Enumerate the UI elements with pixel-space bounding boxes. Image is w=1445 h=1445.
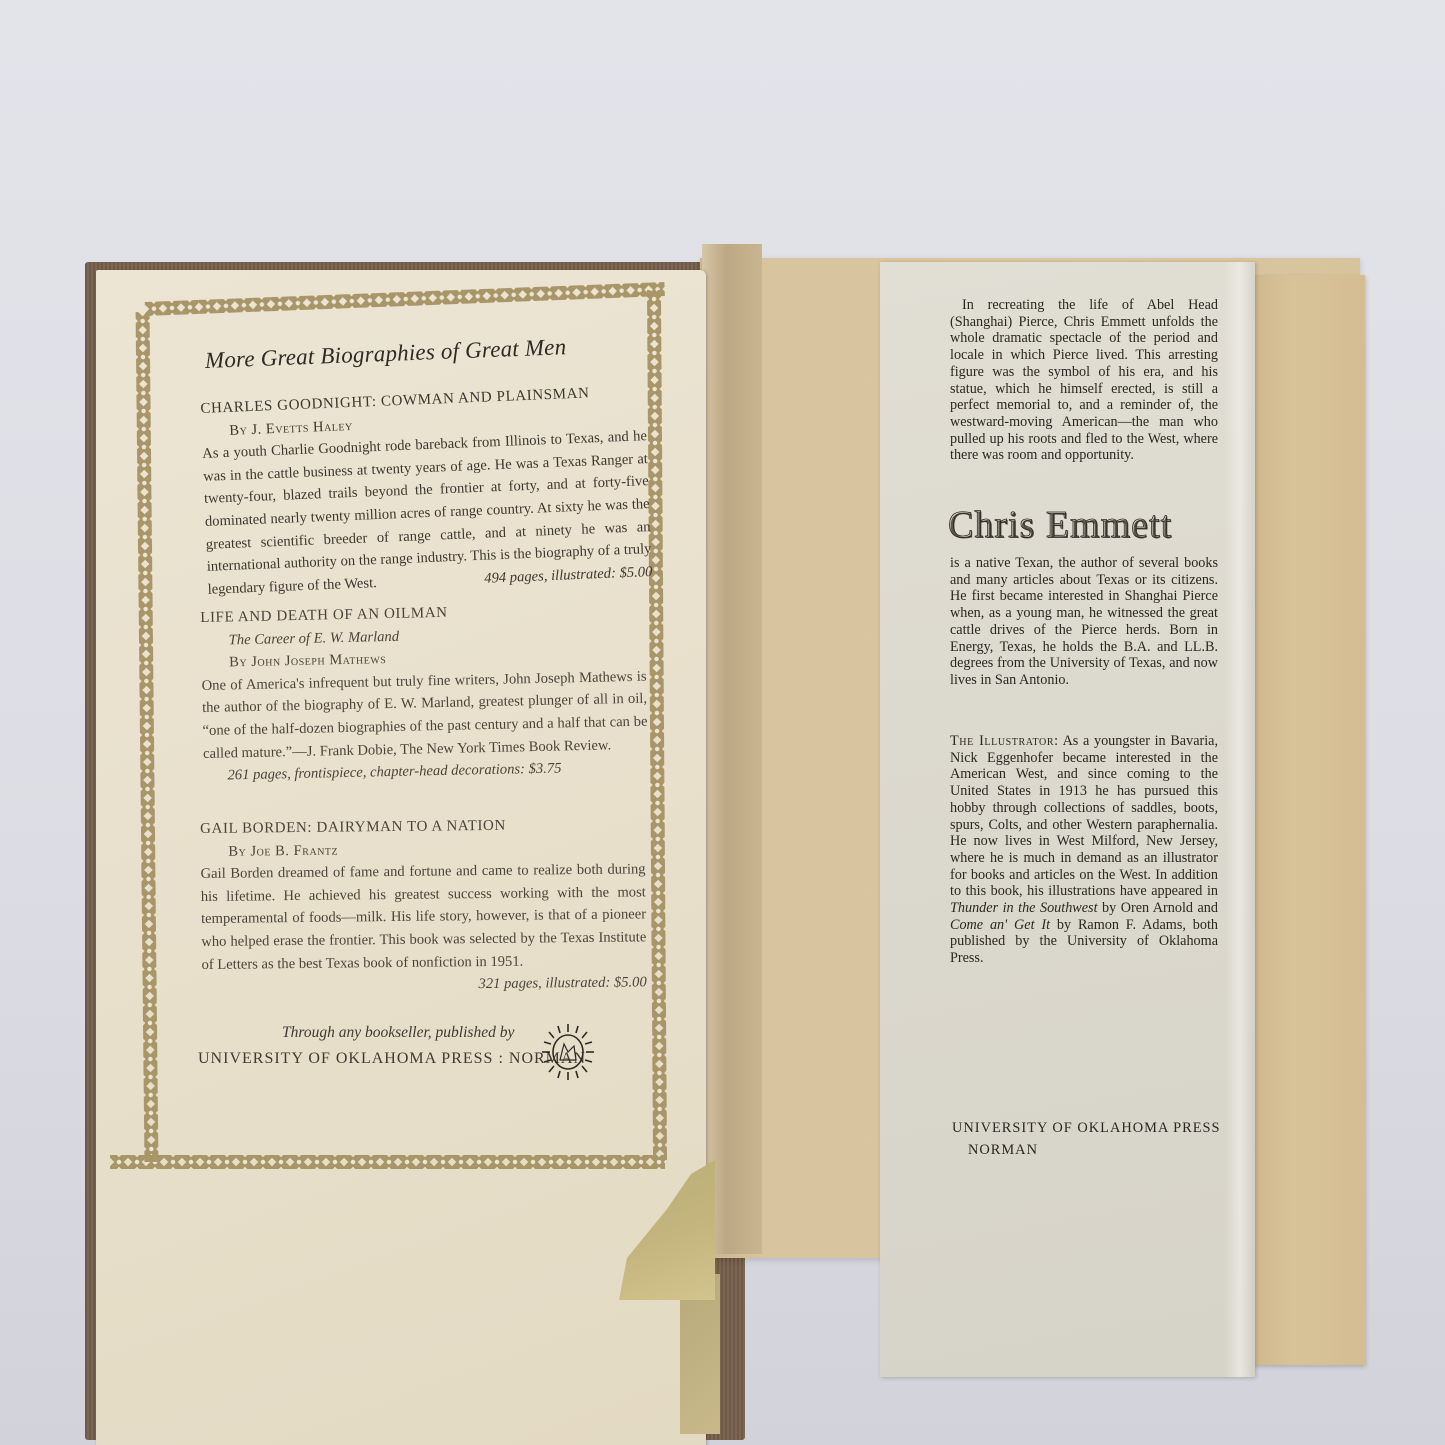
- author-name: Chris Emmett: [948, 503, 1172, 547]
- press-city: NORMAN: [968, 1142, 1038, 1159]
- book-synopsis: In recreating the life of Abel Head (Sha…: [950, 297, 1218, 464]
- book-description: One of America's infrequent but truly fi…: [201, 665, 648, 765]
- book-listing: GAIL BORDEN: DAIRYMAN TO A NATION By Joe…: [200, 813, 647, 998]
- publisher-name: UNIVERSITY OF OKLAHOMA PRESS : NORMAN: [198, 1050, 586, 1068]
- book-reference: Thunder in the Southwest: [950, 900, 1098, 916]
- book-listing: LIFE AND DEATH OF AN OILMAN The Career o…: [200, 598, 649, 788]
- press-name: UNIVERSITY OF OKLAHOMA PRESS: [952, 1120, 1221, 1137]
- book-right-edge: [1245, 275, 1365, 1365]
- press-seal-icon: [540, 1022, 596, 1082]
- book-spine-gutter: [702, 244, 762, 1254]
- illustrator-label: The Illustrator:: [950, 733, 1059, 749]
- book-listing: CHARLES GOODNIGHT: COWMAN AND PLAINSMAN …: [200, 380, 653, 601]
- ornamental-border-bottom: [110, 1155, 665, 1169]
- publisher-tagline: Through any bookseller, published by: [282, 1024, 514, 1042]
- book-price-details: 321 pages, illustrated: $5.00: [478, 971, 646, 995]
- book-reference: Come an' Get It: [950, 917, 1050, 933]
- book-description: Gail Borden dreamed of fame and fortune …: [200, 859, 646, 977]
- author-bio: is a native Texan, the author of several…: [950, 555, 1218, 689]
- illustrator-bio: The Illustrator: As a youngster in Bavar…: [950, 733, 1218, 967]
- book-description: As a youth Charlie Goodnight rode bareba…: [202, 425, 653, 601]
